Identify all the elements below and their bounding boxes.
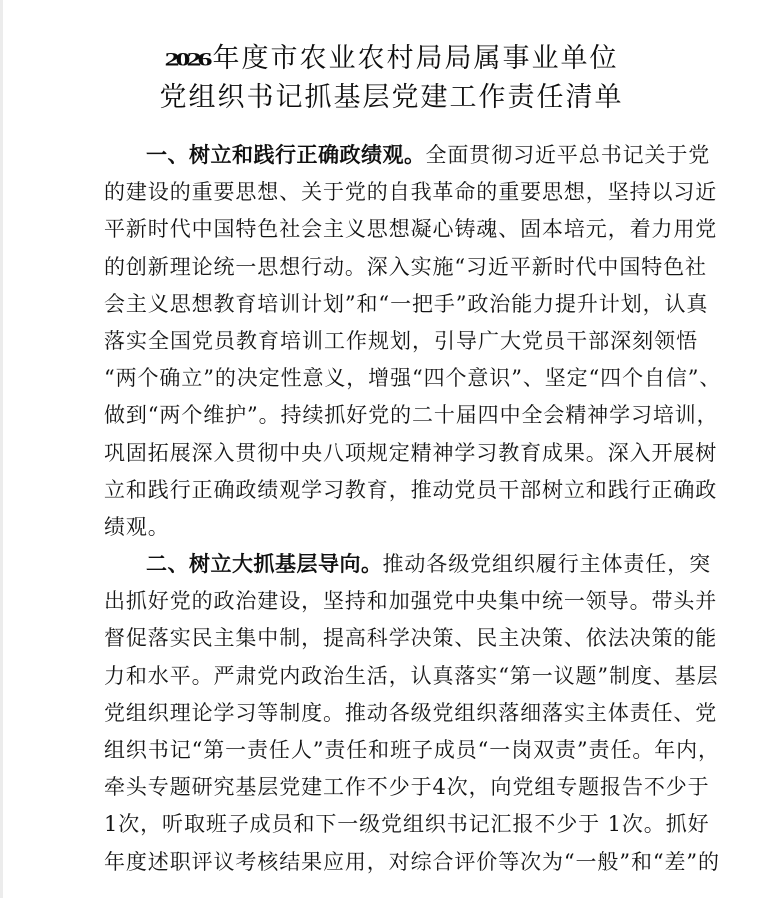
paragraph-line: 1次，听取班子成员和下一级党组织书记汇报不少于 1次。抓好 xyxy=(104,806,698,843)
section-1-heading: 一、树立和践行正确政绩观。 xyxy=(146,143,426,167)
paragraph-line: 立和践行正确政绩观学习教育，推动党员干部树立和践行正确政 xyxy=(104,472,698,509)
section-1-text: 全面贯彻习近平总书记关于党 xyxy=(426,143,711,167)
paragraph-line: 年度述职评议考核结果应用，对综合评价等次为“一般”和“差”的 xyxy=(104,844,698,881)
title-year: 2026 xyxy=(165,47,209,72)
paragraph-line: 党组织理论学习等制度。推动各级党组织落细落实主体责任、党 xyxy=(104,695,698,732)
section-2-text: 推动各级党组织履行主体责任，突 xyxy=(383,552,712,576)
paragraph-line: 落实全国党员教育培训工作规划，引导广大党员干部深刻领悟 xyxy=(104,323,698,360)
section-2-heading: 二、树立大抓基层导向。 xyxy=(146,552,383,576)
title-line-1-text: 年度市农业农村局局属事业单位 xyxy=(213,43,619,74)
document-title-line-1: 2026年度市农业农村局局属事业单位 xyxy=(0,38,783,79)
section-1-first-line: 一、树立和践行正确政绩观。全面贯彻习近平总书记关于党 xyxy=(104,137,698,174)
section-2-first-line: 二、树立大抓基层导向。推动各级党组织履行主体责任，突 xyxy=(104,546,698,583)
document-title-line-2: 党组织书记抓基层党建工作责任清单 xyxy=(0,78,783,118)
paragraph-line: 组织书记“第一责任人”责任和班子成员“一岗双责”责任。年内， xyxy=(104,732,698,769)
paragraph-line: 出抓好党的政治建设，坚持和加强党中央集中统一领导。带头并 xyxy=(104,583,698,620)
paragraph-line: 会主义思想教育培训计划”和“一把手”政治能力提升计划，认真 xyxy=(104,286,698,323)
paragraph-line: 力和水平。严肃党内政治生活，认真落实“第一议题”制度、基层 xyxy=(104,658,698,695)
paragraph-line: 巩固拓展深入贯彻中央八项规定精神学习教育成果。深入开展树 xyxy=(104,435,698,472)
paragraph-line: 平新时代中国特色社会主义思想凝心铸魂、固本培元，着力用党 xyxy=(104,211,698,248)
paragraph-line: 督促落实民主集中制，提高科学决策、民主决策、依法决策的能 xyxy=(104,620,698,657)
paragraph-line: 牵头专题研究基层党建工作不少于4次，向党组专题报告不少于 xyxy=(104,769,698,806)
paragraph-line: “两个确立”的决定性意义，增强“四个意识”、坚定“四个自信”、 xyxy=(104,360,698,397)
paragraph-line: 的建设的重要思想、关于党的自我革命的重要思想，坚持以习近 xyxy=(104,174,698,211)
document-page: 2026年度市农业农村局局属事业单位 党组织书记抓基层党建工作责任清单 一、树立… xyxy=(0,0,783,898)
document-body: 一、树立和践行正确政绩观。全面贯彻习近平总书记关于党 的建设的重要思想、关于党的… xyxy=(104,137,698,881)
paragraph-line: 的创新理论统一思想行动。深入实施“习近平新时代中国特色社 xyxy=(104,249,698,286)
paragraph-line: 做到“两个维护”。持续抓好党的二十届四中全会精神学习培训， xyxy=(104,397,698,434)
paragraph-line: 绩观。 xyxy=(104,509,698,546)
